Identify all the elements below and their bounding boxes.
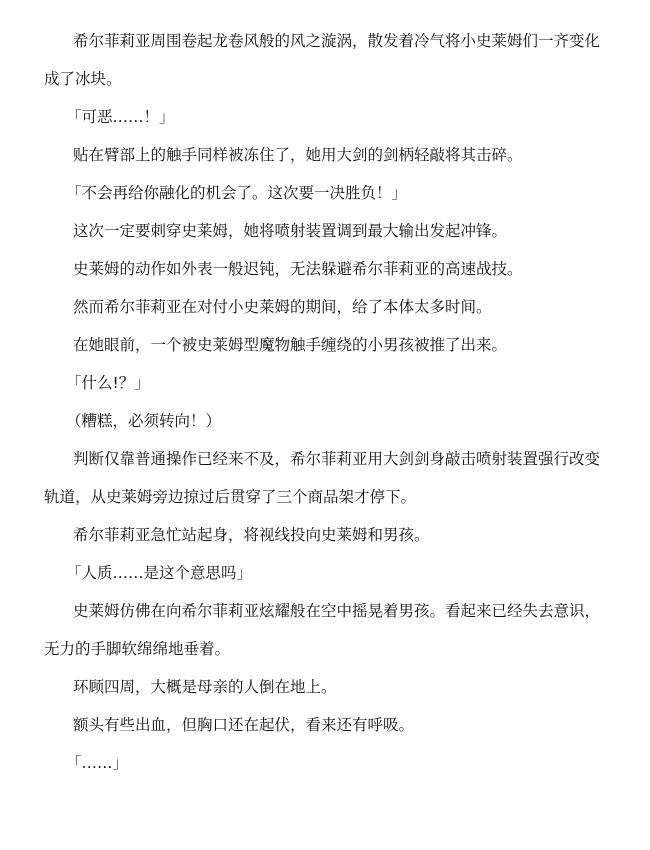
paragraph: 这次一定要刺穿史莱姆，她将喷射装置调到最大输出发起冲锋。 (44, 212, 610, 250)
paragraph: 希尔菲莉亚周围卷起龙卷风般的风之漩涡，散发着冷气将小史莱姆们一齐变化成了冰块。 (44, 22, 610, 98)
paragraph: 贴在臂部上的触手同样被冻住了，她用大剑的剑柄轻敲将其击碎。 (44, 136, 610, 174)
dialogue-line: 「什么!？」 (44, 364, 610, 402)
paragraph: 希尔菲莉亚急忙站起身，将视线投向史莱姆和男孩。 (44, 516, 610, 554)
dialogue-line: 「……」 (44, 744, 610, 782)
paragraph: 在她眼前，一个被史莱姆型魔物触手缠绕的小男孩被推了出来。 (44, 326, 610, 364)
document-page: 希尔菲莉亚周围卷起龙卷风般的风之漩涡，散发着冷气将小史莱姆们一齐变化成了冰块。 … (44, 22, 610, 782)
dialogue-line: 「不会再给你融化的机会了。这次要一决胜负！」 (44, 174, 610, 212)
thought-line: （糟糕，必须转向！） (44, 402, 610, 440)
dialogue-line: 「人质……是这个意思吗」 (44, 554, 610, 592)
paragraph: 额头有些出血，但胸口还在起伏，看来还有呼吸。 (44, 706, 610, 744)
paragraph: 判断仅靠普通操作已经来不及，希尔菲莉亚用大剑剑身敲击喷射装置强行改变轨道，从史莱… (44, 440, 610, 516)
paragraph: 环顾四周，大概是母亲的人倒在地上。 (44, 668, 610, 706)
dialogue-line: 「可恶……！」 (44, 98, 610, 136)
paragraph: 史莱姆仿佛在向希尔菲莉亚炫耀般在空中摇晃着男孩。看起来已经失去意识，无力的手脚软… (44, 592, 610, 668)
paragraph: 然而希尔菲莉亚在对付小史莱姆的期间，给了本体太多时间。 (44, 288, 610, 326)
paragraph: 史莱姆的动作如外表一般迟钝，无法躲避希尔菲莉亚的高速战技。 (44, 250, 610, 288)
